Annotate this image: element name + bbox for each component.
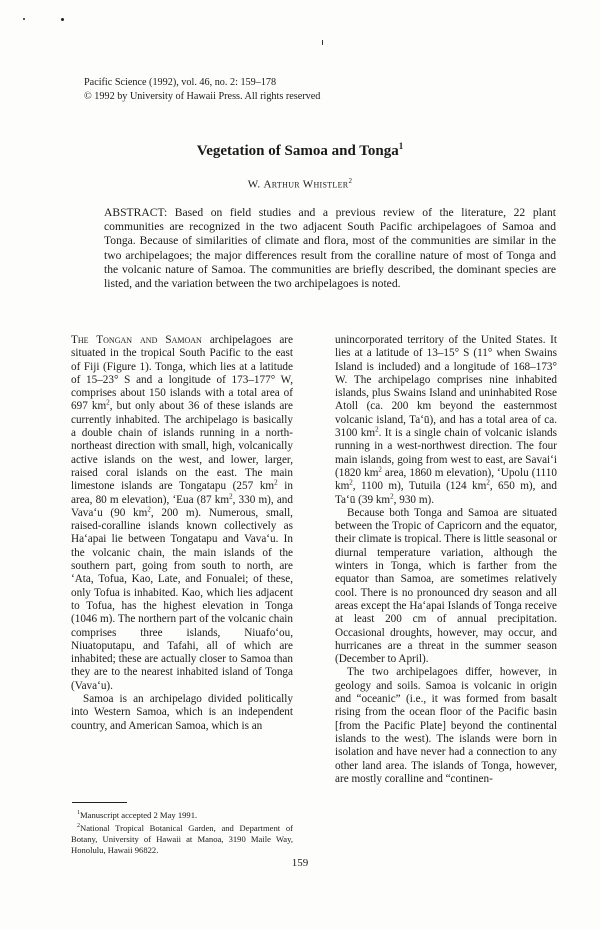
- journal-header: Pacific Science (1992), vol. 46, no. 2: …: [84, 76, 320, 104]
- paragraph: The two archipelagoes differ, however, i…: [335, 666, 557, 786]
- author-initial: W.: [248, 179, 264, 191]
- citation: Pacific Science (1992), vol. 46, no. 2: …: [84, 76, 320, 90]
- text-run: unincorporated territory of the United S…: [335, 334, 557, 439]
- paper-title: Vegetation of Samoa and Tonga1: [0, 141, 600, 160]
- body-column-right: unincorporated territory of the United S…: [335, 334, 557, 786]
- author-footnote-mark: 2: [348, 177, 352, 185]
- footnote: 2National Tropical Botanical Garden, and…: [71, 821, 293, 856]
- text-run: , 1100 m), Tutuila (124 km: [353, 480, 487, 492]
- title-text: Vegetation of Samoa and Tonga: [197, 143, 399, 159]
- paragraph: Because both Tonga and Samoa are situat­…: [335, 507, 557, 667]
- paragraph: The Tongan and Samoan archipelagoes are …: [71, 334, 293, 693]
- author-name: Arthur Whistler: [264, 179, 349, 191]
- footnote: 1Manuscript accepted 2 May 1991.: [71, 808, 293, 821]
- lead-in: The Tongan and Samoan: [71, 334, 202, 346]
- scan-mark: [322, 40, 323, 45]
- paragraph: unincorporated territory of the United S…: [335, 334, 557, 507]
- text-run: , but only about 36 of these islands are…: [71, 400, 293, 492]
- abstract: ABSTRACT: Based on field studies and a p…: [104, 206, 556, 291]
- text-run: , 930 m).: [394, 494, 434, 506]
- author-line: W. Arthur Whistler2: [0, 177, 600, 191]
- scan-speck: [23, 18, 25, 20]
- footnote-text: Manuscript accepted 2 May 1991.: [80, 810, 197, 820]
- page-number: 159: [0, 857, 600, 869]
- scan-speck: [61, 18, 64, 21]
- body-column-left: The Tongan and Samoan archipelagoes are …: [71, 334, 293, 733]
- footnote-text: National Tropical Botanical Garden, and …: [71, 823, 293, 855]
- paragraph: Samoa is an archipelago divided politica…: [71, 693, 293, 733]
- copyright: © 1992 by University of Hawaii Press. Al…: [84, 90, 320, 104]
- footnotes: 1Manuscript accepted 2 May 1991. 2Nation…: [71, 808, 293, 856]
- title-footnote-mark: 1: [399, 141, 404, 151]
- text-run: , 200 m). Numerous, small, raised-corall…: [71, 507, 293, 692]
- footnote-divider: [72, 802, 127, 803]
